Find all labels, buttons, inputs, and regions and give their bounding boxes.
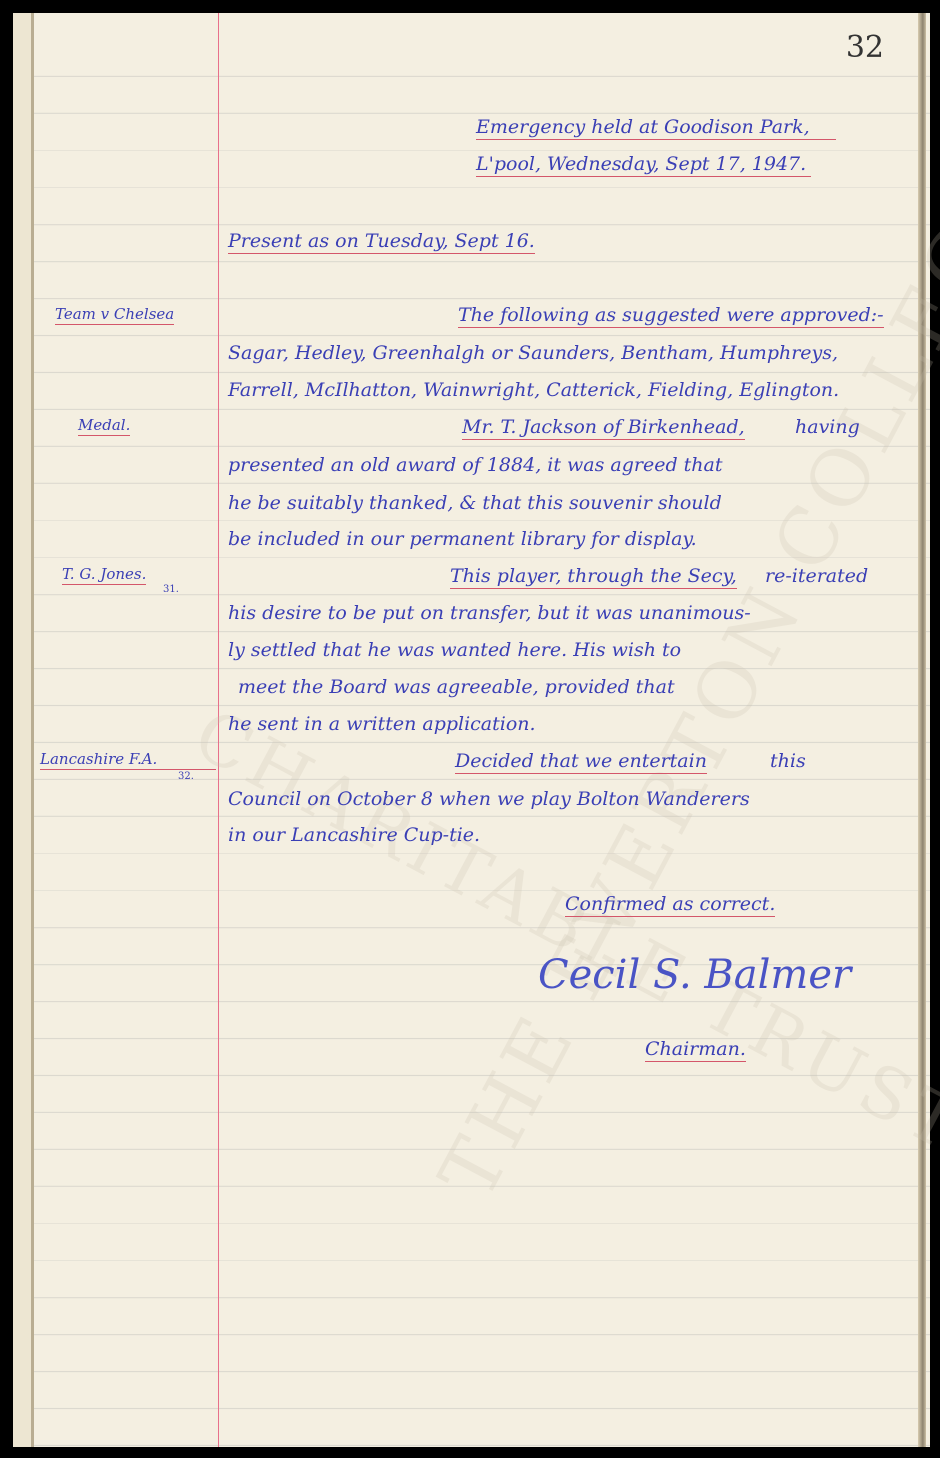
medal-entry-lead-rest: having [795,418,860,437]
jones-entry-line: ly settled that he was wanted here. His … [228,641,681,660]
page-number: 32 [846,30,884,65]
lancashire-entry-lead: Decided that we entertain [455,752,707,774]
team-entry-line: Sagar, Hedley, Greenhalgh or Saunders, B… [228,344,838,363]
jones-entry-line: meet the Board was agreeable, provided t… [238,678,675,697]
jones-entry-lead-rest: re-iterated [765,567,868,586]
jones-entry-lead: This player, through the Secy, [450,567,737,589]
chairman-title: Chairman. [645,1040,746,1062]
medal-entry-lead: Mr. T. Jackson of Birkenhead, [462,418,745,440]
margin-note-jones: T. G. Jones. [62,567,146,585]
jones-entry-line: he sent in a written application. [228,715,536,734]
page-binding-edge [918,13,926,1447]
team-entry-lead: The following as suggested were approved… [458,306,884,328]
present-line: Present as on Tuesday, Sept 16. [228,232,535,254]
meeting-heading-line1: Emergency held at Goodison Park, [476,118,836,140]
folio-jones: 31. [163,585,179,595]
margin-note-lancashire: Lancashire F.A. [40,752,216,770]
medal-entry-line: presented an old award of 1884, it was a… [228,456,723,475]
margin-rule [218,13,219,1447]
margin-note-team: Team v Chelsea [55,307,174,325]
lancashire-entry-line: in our Lancashire Cup-tie. [228,826,480,845]
folio-lancashire: 32. [178,772,194,782]
confirmation-text: Confirmed as correct. [565,895,775,917]
meeting-heading-line2: L'pool, Wednesday, Sept 17, 1947. [476,155,811,177]
lancashire-entry-line: Council on October 8 when we play Bolton… [228,790,750,809]
page-gutter [13,13,34,1447]
team-entry-line: Farrell, McIlhatton, Wainwright, Catteri… [228,381,839,400]
lancashire-entry-lead-rest: this [770,752,806,771]
medal-entry-line: be included in our permanent library for… [228,530,697,549]
margin-note-medal: Medal. [78,418,130,436]
chairman-signature: Cecil S. Balmer [538,955,851,995]
jones-entry-line: his desire to be put on transfer, but it… [228,604,751,623]
medal-entry-line: he be suitably thanked, & that this souv… [228,494,722,513]
